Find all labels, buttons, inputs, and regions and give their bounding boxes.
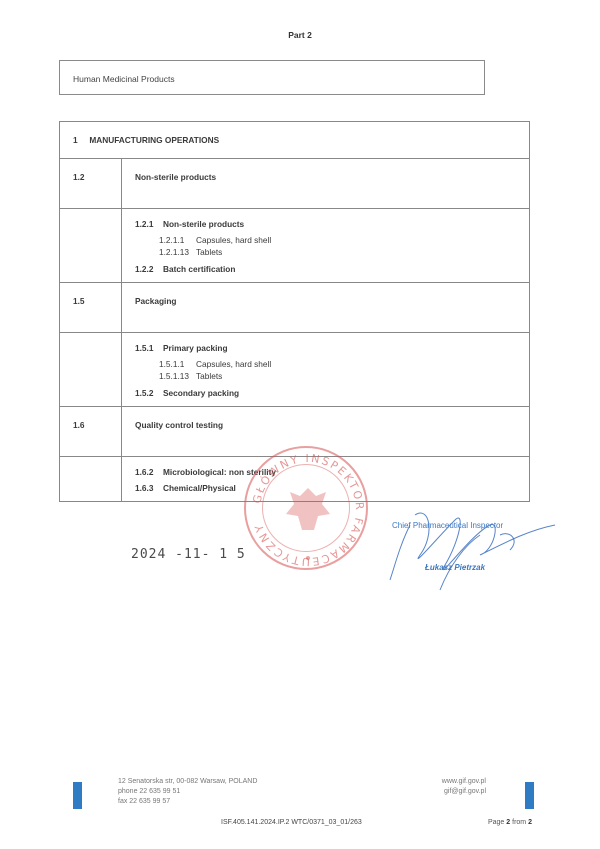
signatory-title: Chief Pharmaceutical Inspector <box>392 521 503 530</box>
subsection: 1.2.2Batch certification <box>135 264 529 274</box>
item-code: 1.5.1.1 <box>159 359 196 371</box>
page-current: 2 <box>506 819 510 826</box>
operations-heading-row: 1 MANUFACTURING OPERATIONS <box>60 122 530 159</box>
subsection-code: 1.6.2 <box>135 467 163 477</box>
section-title: Non-sterile products <box>122 159 530 209</box>
part-title: Part 2 <box>0 30 600 40</box>
section-body: 1.5.1Primary packing1.5.1.1Capsules, har… <box>122 333 530 407</box>
footer-contact: 12 Senatorska str, 00-082 Warsaw, POLAND… <box>118 777 257 807</box>
page-total: 2 <box>528 819 532 826</box>
item-list: 1.2.1.1Capsules, hard shell1.2.1.13Table… <box>159 235 529 258</box>
subsection-title: Chemical/Physical <box>163 483 236 493</box>
scope-label: Human Medicinal Products <box>73 74 175 84</box>
footer-website[interactable]: www.gif.gov.pl <box>442 777 486 787</box>
subsection-title: Primary packing <box>163 343 228 353</box>
subsection-code: 1.5.2 <box>135 388 163 398</box>
subsection-code: 1.2.1 <box>135 219 163 229</box>
section-row: 1.2Non-sterile products <box>60 159 530 209</box>
subsection: 1.5.2Secondary packing <box>135 388 529 398</box>
heading-number: 1 <box>73 135 87 145</box>
signatory-name: Łukasz Pietrzak <box>425 563 485 572</box>
subsection-code: 1.5.1 <box>135 343 163 353</box>
official-stamp: GŁÓWNY INSPEKTOR FARMACEUTYCZNY <box>244 446 368 570</box>
footer-right-bar <box>525 782 534 809</box>
heading-title: MANUFACTURING OPERATIONS <box>89 135 219 145</box>
subsection-title: Batch certification <box>163 264 235 274</box>
footer-fax: fax 22 635 99 57 <box>118 797 257 807</box>
section-body-row: 1.2.1Non-sterile products1.2.1.1Capsules… <box>60 209 530 283</box>
list-item: 1.5.1.1Capsules, hard shell <box>159 359 529 371</box>
item-label: Capsules, hard shell <box>196 235 271 245</box>
subsection-code: 1.2.2 <box>135 264 163 274</box>
stamp-inner-ring <box>262 464 350 552</box>
section-code: 1.2 <box>60 159 122 209</box>
section-row: 1.5Packaging <box>60 283 530 333</box>
list-item: 1.2.1.13Tablets <box>159 247 529 259</box>
item-label: Tablets <box>196 371 222 381</box>
footer-phone: phone 22 635 99 51 <box>118 787 257 797</box>
section-title: Packaging <box>122 283 530 333</box>
section-body-row: 1.5.1Primary packing1.5.1.1Capsules, har… <box>60 333 530 407</box>
section-body-spacer <box>60 209 122 283</box>
footer-address: 12 Senatorska str, 00-082 Warsaw, POLAND <box>118 777 257 787</box>
item-label: Tablets <box>196 247 222 257</box>
footer-email[interactable]: gif@gif.gov.pl <box>442 787 486 797</box>
subsection: 1.2.1Non-sterile products <box>135 219 529 229</box>
scope-box: Human Medicinal Products <box>59 60 485 95</box>
subsection-title: Non-sterile products <box>163 219 244 229</box>
list-item: 1.5.1.13Tablets <box>159 371 529 383</box>
subsection: 1.5.1Primary packing <box>135 343 529 353</box>
list-item: 1.2.1.1Capsules, hard shell <box>159 235 529 247</box>
subsection-title: Secondary packing <box>163 388 239 398</box>
item-list: 1.5.1.1Capsules, hard shell1.5.1.13Table… <box>159 359 529 382</box>
operations-table: 1 MANUFACTURING OPERATIONS 1.2Non-steril… <box>59 121 530 502</box>
footer-web: www.gif.gov.pl gif@gif.gov.pl <box>442 777 486 797</box>
item-label: Capsules, hard shell <box>196 359 271 369</box>
item-code: 1.2.1.13 <box>159 247 196 259</box>
footer-left-bar <box>73 782 82 809</box>
section-code: 1.6 <box>60 407 122 457</box>
page-indicator: Page 2 from 2 <box>488 819 532 826</box>
section-body: 1.2.1Non-sterile products1.2.1.1Capsules… <box>122 209 530 283</box>
item-code: 1.2.1.1 <box>159 235 196 247</box>
date-stamp: 2024 -11- 1 5 <box>131 547 246 562</box>
section-body-spacer <box>60 333 122 407</box>
subsection-code: 1.6.3 <box>135 483 163 493</box>
item-code: 1.5.1.13 <box>159 371 196 383</box>
document-reference: ISF.405.141.2024.IP.2 WTC/0371_03_01/263 <box>221 819 362 826</box>
signature-icon <box>370 495 560 595</box>
section-code: 1.5 <box>60 283 122 333</box>
section-body-spacer <box>60 457 122 502</box>
